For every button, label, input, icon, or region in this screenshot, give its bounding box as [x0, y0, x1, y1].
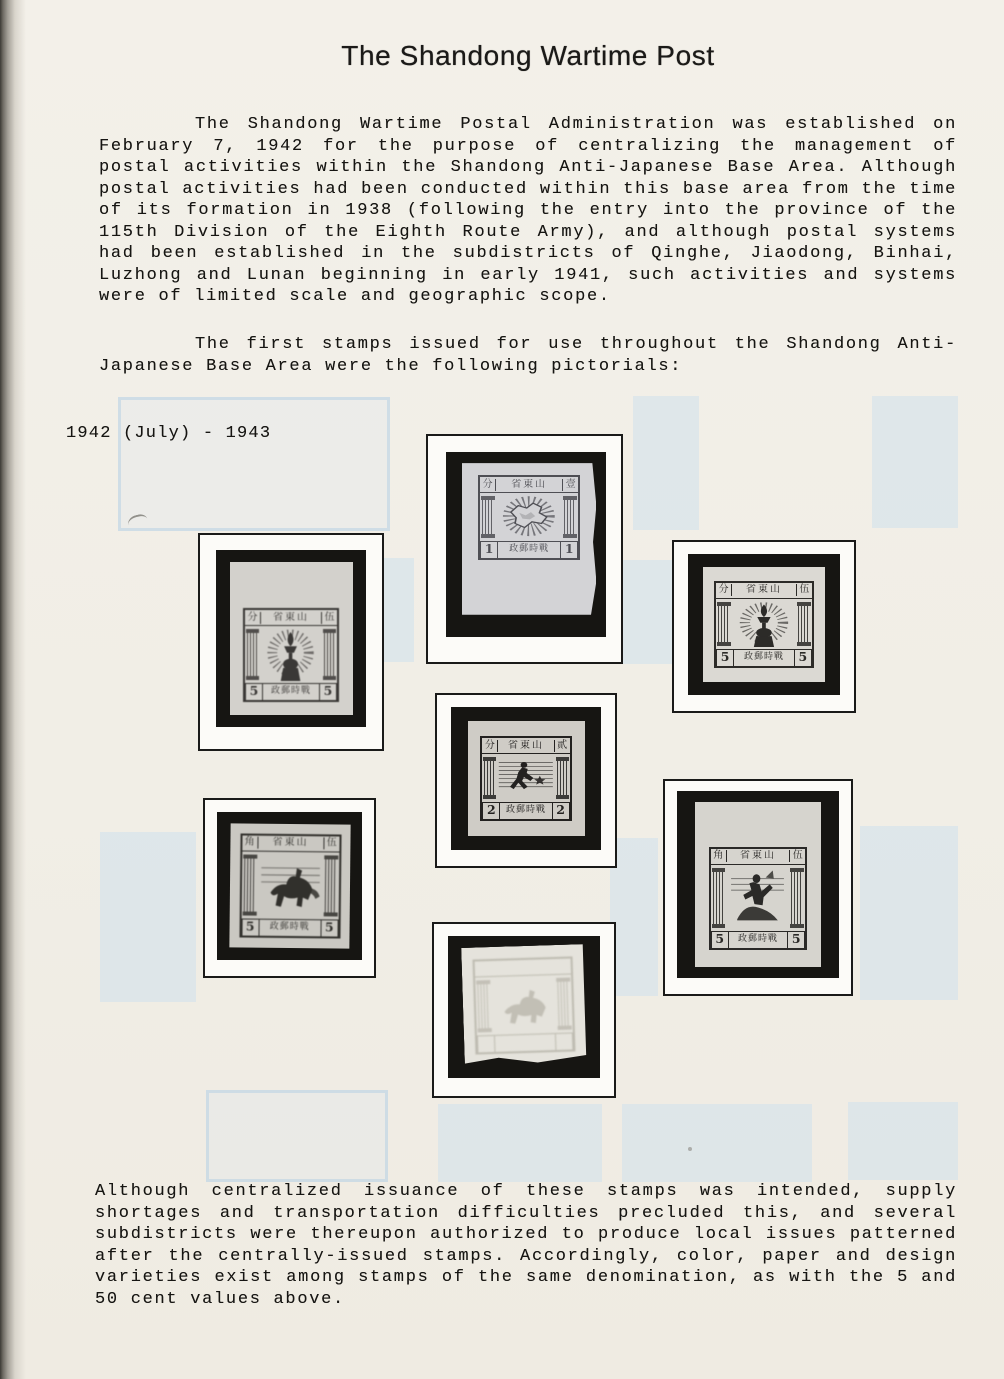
page-title: The Shandong Wartime Post	[99, 40, 957, 72]
stamp-vignette-row	[711, 865, 806, 932]
stamp-paper	[461, 944, 586, 1067]
column-right	[324, 855, 337, 917]
soldier-vignette	[725, 867, 790, 930]
ghost-impression	[610, 838, 658, 996]
column-left	[718, 602, 730, 647]
stamp-paper: 角 省東山 伍 5 政郵時戰 5	[229, 823, 351, 949]
stamp-top-inscription: 角 省東山 伍	[711, 849, 806, 865]
ghost-impression	[633, 396, 699, 530]
stamp-char: 伍	[796, 584, 812, 596]
stamp-bottom-inscription: 1 政郵時戰 1	[480, 541, 578, 558]
column-left	[477, 980, 491, 1033]
stamp-value: 5	[245, 683, 263, 700]
stamp-bottom-inscription: 2 政郵時戰 2	[482, 802, 569, 819]
ghost-impression	[872, 396, 958, 528]
ghost-impression	[622, 1104, 812, 1182]
stamp-top-inscription: 分 省東山 伍	[716, 583, 812, 599]
stamp-value: 2	[482, 802, 500, 819]
stamp-paper: 分 省東山 壹 1 政郵時戰 1	[462, 463, 596, 615]
stamp-design: 分 省東山 伍 5 政郵時戰 5	[714, 581, 814, 669]
ghost-impression	[206, 1090, 388, 1182]
stamp-value: 1	[480, 541, 498, 558]
stamp-design: 分 省東山 貳 2 政郵時戰 2	[480, 736, 571, 821]
stamp-top-inscription: 角 省東山 伍	[242, 835, 339, 852]
stamp-char: 角	[711, 850, 727, 862]
stamp-chars: 政郵時戰	[500, 803, 551, 819]
stamp-value	[477, 1035, 496, 1053]
stamp-value: 2	[552, 802, 570, 819]
stamp-mount: 分 省東山 貳 2 政郵時戰 2	[451, 707, 601, 850]
column-left	[484, 757, 495, 799]
stamp-bottom-inscription: 5 政郵時戰 5	[711, 931, 806, 948]
stamp-frame-center: 分 省東山 貳 2 政郵時戰 2	[435, 693, 617, 868]
stamp-char	[555, 966, 571, 967]
date-range-label: 1942 (July) - 1943	[66, 424, 271, 443]
column-right	[564, 496, 576, 538]
stamp-char: 伍	[323, 838, 339, 850]
postal-runner-vignette	[496, 756, 556, 800]
ghost-impression	[860, 826, 958, 1000]
stamp-chars: 省東山	[496, 479, 562, 491]
ink-speck	[688, 1147, 692, 1151]
album-page: { "page": { "title": "The Shandong Warti…	[0, 0, 1004, 1379]
stamp-chars	[495, 1034, 555, 1052]
ghost-impression	[848, 1102, 958, 1180]
stamp-value: 1	[560, 541, 578, 558]
stamp-design	[473, 956, 576, 1054]
stamp-top-inscription: 分 省東山 壹	[480, 477, 578, 493]
stamp-bottom-inscription: 5 政郵時戰 5	[241, 919, 338, 937]
stamp-chars	[491, 966, 555, 968]
stamp-chars: 政郵時戰	[734, 650, 794, 666]
column-right	[324, 629, 335, 680]
stamp-vignette-row	[241, 851, 339, 919]
stamp-design: 角 省東山 伍 5 政郵時戰 5	[709, 847, 808, 951]
stamp-chars: 政郵時戰	[729, 932, 788, 948]
stamp-value: 5	[241, 919, 259, 937]
stamp-chars: 政郵時戰	[263, 684, 319, 700]
stamp-char: 角	[242, 837, 258, 849]
stamp-mount: 角 省東山 伍 5 政郵時戰 5	[677, 791, 839, 978]
column-right	[557, 977, 571, 1030]
stamp-char: 分	[716, 584, 732, 596]
stamp-chars: 省東山	[727, 850, 790, 862]
stamp-chars: 省東山	[261, 612, 321, 624]
stamp-mount: 分 省東山 伍 5 政郵時戰 5	[688, 554, 840, 695]
stamp-frame-bottom-center	[432, 922, 616, 1098]
scan-page-edge	[0, 0, 26, 1379]
column-left	[482, 496, 494, 538]
stamp-paper: 分 省東山 伍 5 政郵時戰 5	[703, 567, 825, 683]
column-left	[247, 629, 258, 680]
stamp-design: 分 省東山 伍 5 政郵時戰 5	[243, 608, 339, 702]
intro-paragraph: The Shandong Wartime Postal Administrati…	[99, 114, 957, 308]
stamp-top-inscription: 分 省東山 貳	[482, 738, 569, 754]
column-right	[798, 602, 810, 647]
stamp-paper: 分 省東山 伍 5 政郵時戰 5	[230, 562, 353, 714]
stamp-bottom-inscription: 5 政郵時戰 5	[245, 683, 337, 700]
stamp-chars: 政郵時戰	[498, 542, 560, 558]
ghost-impression	[438, 1104, 602, 1182]
stamp-vignette-row	[475, 974, 572, 1035]
stamp-value: 5	[320, 920, 338, 937]
torch-vignette	[259, 628, 322, 681]
stamp-bottom-inscription	[477, 1033, 573, 1053]
map-sunburst-vignette	[495, 495, 563, 539]
stamp-mount: 角 省東山 伍 5 政郵時戰 5	[217, 812, 362, 960]
stamp-chars: 省東山	[732, 584, 796, 596]
stamp-design: 分 省東山 壹 1 政郵時戰 1	[478, 475, 580, 560]
stamp-char: 壹	[562, 479, 578, 491]
stamp-chars: 省東山	[498, 740, 553, 752]
stamp-vignette-row	[482, 754, 569, 802]
closing-paragraph: Although centralized issuance of these s…	[95, 1181, 957, 1310]
stamp-char: 伍	[321, 612, 337, 624]
stamp-char: 分	[245, 612, 261, 624]
stamp-frame-middle-left: 分 省東山 伍 5 政郵時戰 5	[198, 533, 384, 751]
stamp-value: 5	[787, 931, 805, 948]
stamp-chars: 政郵時戰	[259, 920, 320, 937]
stamp-value: 5	[319, 683, 337, 700]
stamp-mount	[448, 936, 600, 1078]
stamp-vignette-row	[716, 599, 812, 650]
stamp-paper: 分 省東山 貳 2 政郵時戰 2	[468, 721, 585, 835]
column-left	[243, 854, 256, 916]
ghost-impression	[118, 397, 390, 531]
stamp-value: 5	[794, 649, 812, 666]
stamp-char: 貳	[554, 740, 570, 752]
stamp-frame-middle-right: 分 省東山 伍 5 政郵時戰 5	[672, 540, 856, 713]
stamp-bottom-inscription: 5 政郵時戰 5	[716, 649, 812, 666]
stamp-value: 5	[716, 649, 734, 666]
stamp-char	[475, 968, 491, 969]
ghost-impression	[100, 832, 196, 1002]
stamp-vignette-row	[245, 626, 337, 683]
stamp-value: 5	[711, 931, 729, 948]
stamp-chars: 省東山	[258, 837, 323, 850]
stamp-top-inscription: 分 省東山 伍	[245, 610, 337, 626]
stamp-value	[555, 1033, 574, 1052]
column-right	[791, 868, 803, 929]
stamp-frame-bottom-right: 角 省東山 伍 5 政郵時戰 5	[663, 779, 853, 996]
stamp-paper: 角 省東山 伍 5 政郵時戰 5	[695, 802, 821, 967]
column-left	[713, 868, 725, 929]
stamp-char: 伍	[789, 850, 805, 862]
pictorials-paragraph: The first stamps issued for use througho…	[99, 334, 957, 377]
faint-horse-rider-vignette	[490, 977, 558, 1033]
stamp-char: 分	[480, 479, 496, 491]
stamp-char: 分	[482, 740, 498, 752]
stamp-vignette-row	[480, 493, 578, 541]
horse-rider-vignette	[256, 853, 324, 917]
stamp-design: 角 省東山 伍 5 政郵時戰 5	[239, 833, 341, 938]
stamp-frame-top-center: 分 省東山 壹 1 政郵時戰 1	[426, 434, 623, 664]
stamp-frame-bottom-left: 角 省東山 伍 5 政郵時戰 5	[203, 798, 376, 978]
column-right	[557, 757, 568, 799]
stamp-mount: 分 省東山 伍 5 政郵時戰 5	[216, 550, 366, 727]
torch-vignette	[731, 601, 797, 648]
stamp-mount: 分 省東山 壹 1 政郵時戰 1	[446, 452, 606, 637]
